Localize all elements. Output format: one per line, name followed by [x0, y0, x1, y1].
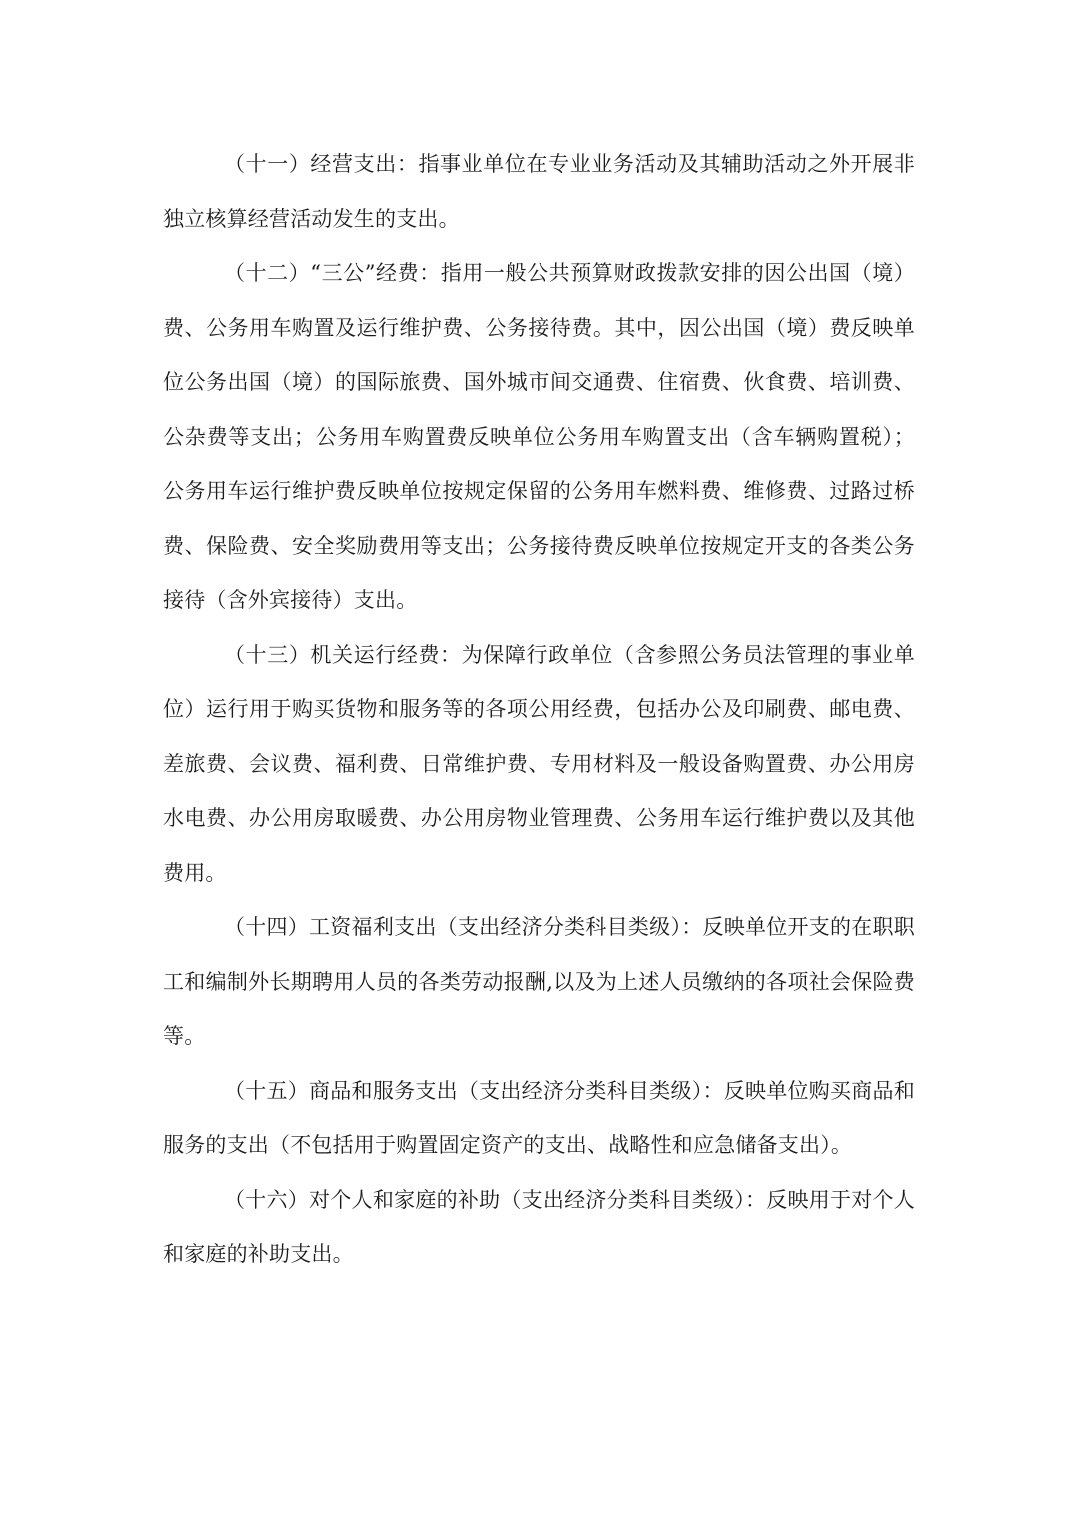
paragraph-goods-services: （十五）商品和服务支出（支出经济分类科目类级）：反映单位购买商品和服务的支出（不… — [163, 1064, 915, 1173]
paragraph-agency-operating-funds: （十三）机关运行经费：为保障行政单位（含参照公务员法管理的事业单位）运行用于购买… — [163, 628, 915, 901]
document-page: （十一）经营支出：指事业单位在专业业务活动及其辅助活动之外开展非独立核算经营活动… — [163, 137, 915, 1282]
paragraph-wages-welfare: （十四）工资福利支出（支出经济分类科目类级）：反映单位开支的在职职工和编制外长期… — [163, 900, 915, 1064]
paragraph-individual-household-subsidies: （十六）对个人和家庭的补助（支出经济分类科目类级）：反映用于对个人和家庭的补助支… — [163, 1173, 915, 1282]
paragraph-operating-expenditure: （十一）经营支出：指事业单位在专业业务活动及其辅助活动之外开展非独立核算经营活动… — [163, 137, 915, 246]
paragraph-three-public-expenses: （十二）“三公”经费：指用一般公共预算财政拨款安排的因公出国（境）费、公务用车购… — [163, 246, 915, 628]
